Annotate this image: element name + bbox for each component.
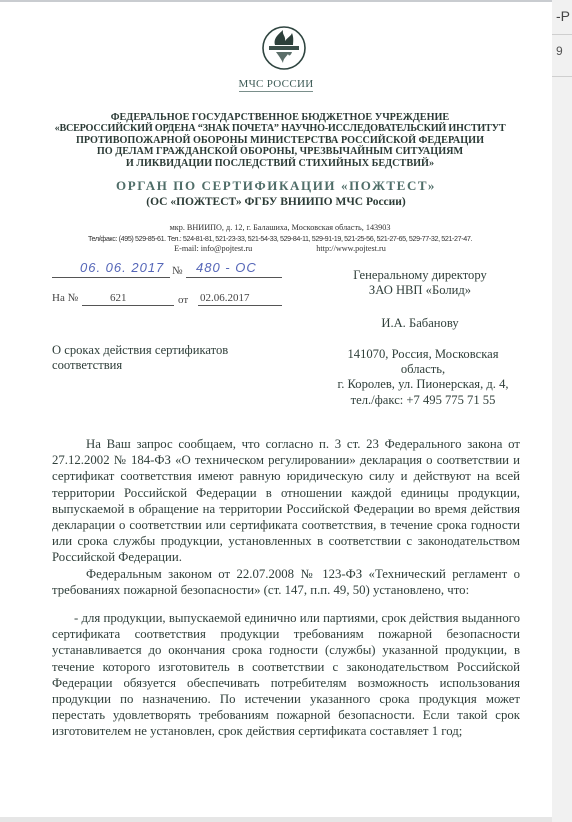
body-paragraph: На Ваш запрос сообщаем, что согласно п. … bbox=[52, 436, 520, 566]
body-paragraph: Федеральным законом от 22.07.2008 № 123-… bbox=[52, 566, 520, 598]
reply-to-number: 621 bbox=[110, 292, 127, 304]
underline bbox=[52, 277, 170, 278]
number-sign: № bbox=[172, 265, 183, 277]
certification-body-short-name: (ОС «ПОЖТЕСТ» ФГБУ ВНИИПО МЧС России) bbox=[0, 196, 552, 208]
adjacent-window-text-fragment: -P bbox=[556, 8, 570, 24]
divider bbox=[552, 76, 572, 77]
mchs-flame-emblem-icon bbox=[261, 24, 307, 72]
letter-body: На Ваш запрос сообщаем, что согласно п. … bbox=[52, 436, 520, 740]
addressee-name: И.А. Бабанову bbox=[330, 316, 510, 331]
addressee-position: Генеральному директору bbox=[330, 268, 510, 283]
reply-to-date: 02.06.2017 bbox=[200, 292, 250, 304]
outgoing-date-handwritten: 06. 06. 2017 bbox=[80, 260, 164, 275]
from-label: от bbox=[178, 294, 188, 306]
underline bbox=[198, 305, 282, 306]
letterhead-contacts: мкр. ВНИИПО, д. 12, г. Балашиха, Московс… bbox=[30, 223, 530, 255]
scanned-letter-page: МЧС РОССИИ ФЕДЕРАЛЬНОЕ ГОСУДАРСТВЕННОЕ Б… bbox=[0, 2, 552, 817]
underline bbox=[82, 305, 174, 306]
logo-caption: МЧС РОССИИ bbox=[0, 78, 552, 90]
divider bbox=[552, 34, 572, 35]
underline bbox=[186, 277, 282, 278]
org-phones: Тел/факс: (495) 529-85-61. Тел.: 524-81-… bbox=[30, 234, 530, 245]
org-email-web: E-mail: info@pojtest.ru http://www.pojte… bbox=[30, 244, 530, 255]
reply-to-label: На № bbox=[52, 292, 78, 304]
adjacent-window-edge: -P 9 bbox=[552, 0, 572, 822]
organization-name: ФЕДЕРАЛЬНОЕ ГОСУДАРСТВЕННОЕ БЮДЖЕТНОЕ УЧ… bbox=[30, 112, 530, 169]
org-address: мкр. ВНИИПО, д. 12, г. Балашиха, Московс… bbox=[30, 223, 530, 234]
letter-subject: О сроках действия сертификатов соответст… bbox=[52, 343, 282, 373]
adjacent-window-text-fragment: 9 bbox=[556, 44, 563, 58]
outgoing-number-handwritten: 480 - ОС bbox=[196, 260, 257, 275]
certification-body-title: ОРГАН ПО СЕРТИФИКАЦИИ «ПОЖТЕСТ» bbox=[0, 178, 552, 194]
addressee-address: 141070, Россия, Московская область, г. К… bbox=[318, 347, 528, 408]
body-list-item: - для продукции, выпускаемой единично ил… bbox=[52, 610, 520, 740]
addressee-block: Генеральному директору ЗАО НВП «Болид» И… bbox=[330, 268, 510, 331]
addressee-company: ЗАО НВП «Болид» bbox=[330, 283, 510, 298]
